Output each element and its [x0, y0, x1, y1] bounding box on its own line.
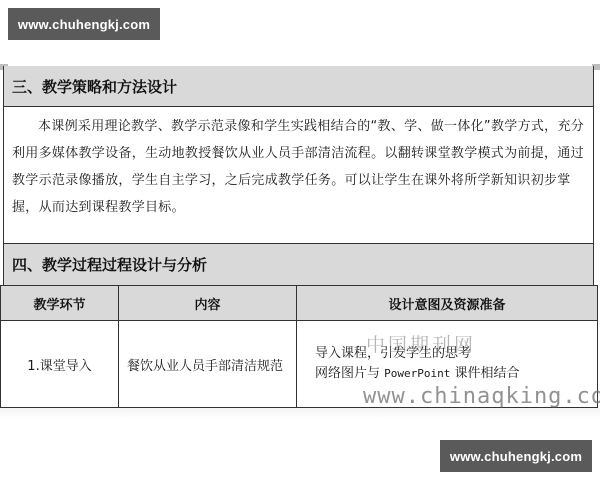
cell-design: 导入课程，引发学生的思考 网络图片与 PowerPoint 课件相结合 — [297, 321, 598, 408]
design-line-2: 网络图片与 PowerPoint 课件相结合 — [315, 364, 596, 384]
header-stage: 教学环节 — [1, 286, 119, 321]
section3-heading: 三、教学策略和方法设计 — [3, 66, 594, 107]
section3-paragraph: 本课例采用理论教学、教学示范录像和学生实践相结合的“教、学、做一体化”教学方式，… — [12, 113, 585, 221]
teaching-process-table: 教学环节 内容 设计意图及资源准备 1.课堂导入 餐饮从业人员手部清洁规范 导入… — [0, 285, 598, 408]
cell-content: 餐饮从业人员手部清洁规范 — [119, 321, 297, 408]
table-header-row: 教学环节 内容 设计意图及资源准备 — [1, 286, 598, 321]
header-design: 设计意图及资源准备 — [297, 286, 598, 321]
watermark-badge-top: www.chuhengkj.com — [8, 8, 160, 40]
section3-body: 本课例采用理论教学、教学示范录像和学生实践相结合的“教、学、做一体化”教学方式，… — [3, 107, 594, 244]
watermark-badge-bottom-text: www.chuhengkj.com — [450, 449, 582, 464]
header-content: 内容 — [119, 286, 297, 321]
section4-heading: 四、教学过程过程设计与分析 — [3, 244, 594, 286]
cell-stage: 1.课堂导入 — [1, 321, 119, 408]
section3-heading-text: 三、教学策略和方法设计 — [12, 76, 177, 97]
watermark-badge-bottom: www.chuhengkj.com — [440, 440, 592, 472]
design-line-2-suffix: 课件相结合 — [455, 366, 520, 381]
design-line-1: 导入课程，引发学生的思考 — [315, 344, 596, 364]
design-line-2-prefix: 网络图片与 — [315, 366, 380, 381]
watermark-badge-top-text: www.chuhengkj.com — [18, 17, 150, 32]
design-line-2-software: PowerPoint — [384, 367, 450, 380]
table-row: 1.课堂导入 餐饮从业人员手部清洁规范 导入课程，引发学生的思考 网络图片与 P… — [1, 321, 598, 408]
section4-heading-text: 四、教学过程过程设计与分析 — [12, 254, 207, 275]
page-bottom-shadow — [0, 408, 600, 418]
